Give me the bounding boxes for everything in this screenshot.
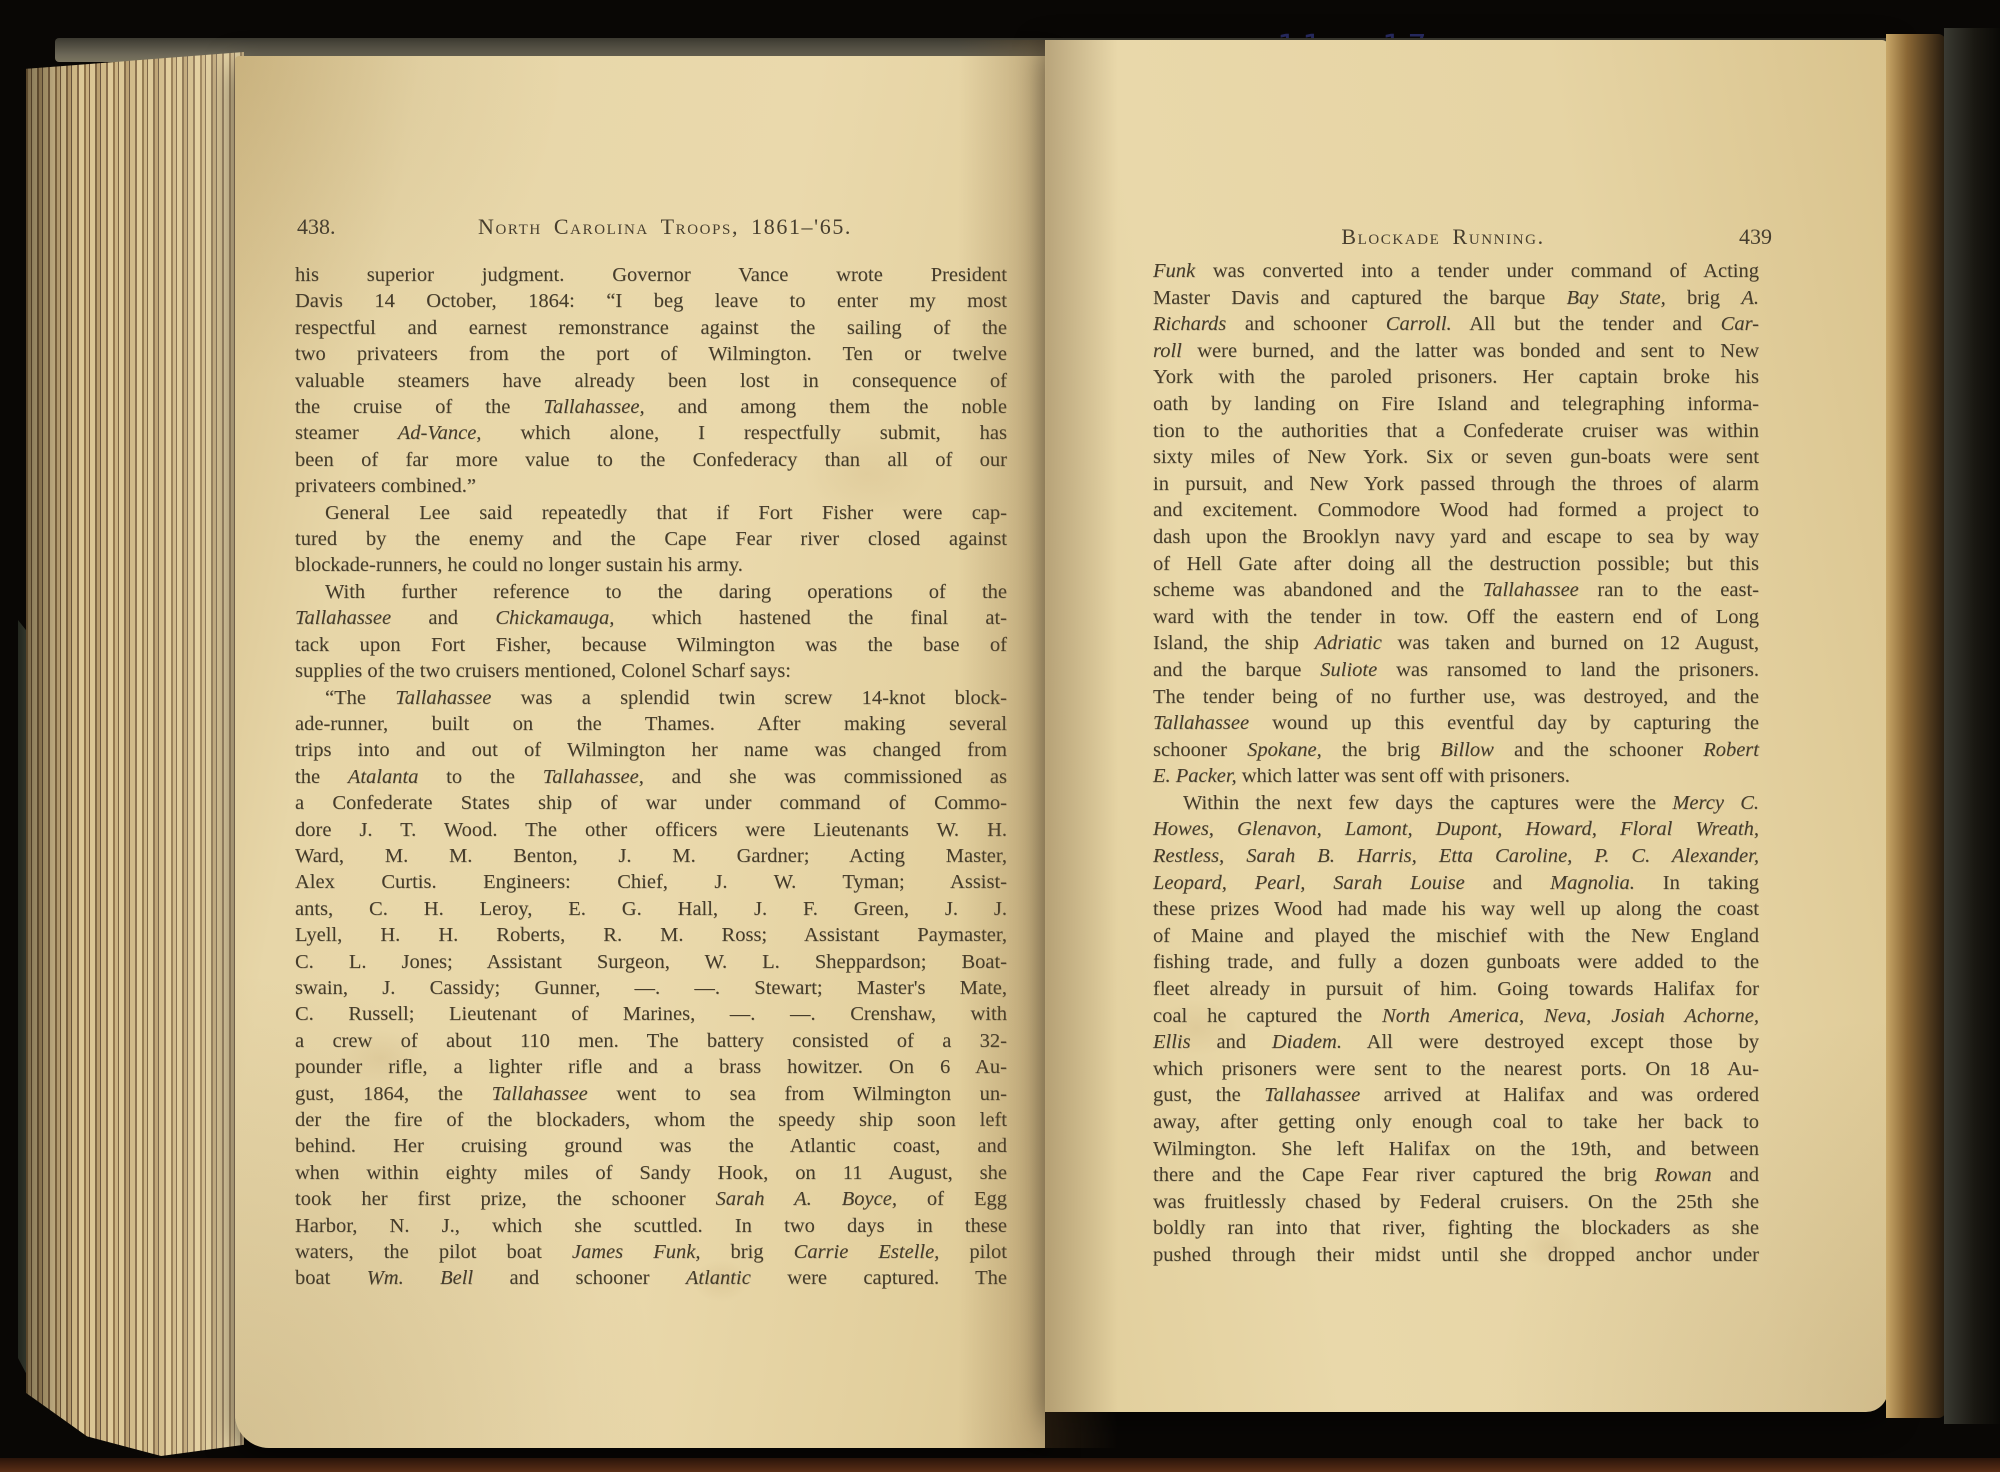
text-line: General Lee said repeatedly that if Fort… — [295, 500, 1007, 526]
text-line: and excitement. Commodore Wood had forme… — [1153, 497, 1759, 524]
text-line: The tender being of no further use, was … — [1153, 684, 1759, 711]
text-line: York with the paroled prisoners. Her cap… — [1153, 364, 1759, 391]
page-stack-fore-edge — [26, 52, 244, 1456]
text-line: been of far more value to the Confederac… — [295, 447, 1007, 473]
text-line: “The Tallahassee was a splendid twin scr… — [295, 685, 1007, 711]
text-line: tion to the authorities that a Confedera… — [1153, 418, 1759, 445]
right-page-number: 439 — [1739, 224, 1772, 250]
book-scan-photo: ← 11 x 17 → 438. North Carolina Troops, … — [0, 0, 2000, 1472]
text-line: of Hell Gate after doing all the destruc… — [1153, 551, 1759, 578]
text-line: dash upon the Brooklyn navy yard and esc… — [1153, 524, 1759, 551]
text-line: swain, J. Cassidy; Gunner, —. —. Stewart… — [295, 975, 1007, 1001]
text-line: boat Wm. Bell and schooner Atlantic were… — [295, 1265, 1007, 1291]
left-running-title: North Carolina Troops, 1861–'65. — [478, 214, 852, 240]
text-line: respectful and earnest remonstrance agai… — [295, 315, 1007, 341]
text-line: blockade-runners, he could no longer sus… — [295, 552, 1007, 578]
text-line: there and the Cape Fear river captured t… — [1153, 1162, 1759, 1189]
text-line: dore J. T. Wood. The other officers were… — [295, 817, 1007, 843]
text-line: supplies of the two cruisers mentioned, … — [295, 658, 1007, 684]
book-cover-right-shadow — [1944, 28, 2000, 1424]
text-line: the Atalanta to the Tallahassee, and she… — [295, 764, 1007, 790]
text-line: these prizes Wood had made his way well … — [1153, 896, 1759, 923]
text-line: fleet already in pursuit of him. Going t… — [1153, 976, 1759, 1003]
text-line: fishing trade, and fully a dozen gunboat… — [1153, 949, 1759, 976]
text-line: in pursuit, and New York passed through … — [1153, 471, 1759, 498]
text-line: Davis 14 October, 1864: “I beg leave to … — [295, 288, 1007, 314]
text-line: Howes, Glenavon, Lamont, Dupont, Howard,… — [1153, 816, 1759, 843]
text-line: privateers combined.” — [295, 473, 1007, 499]
text-line: Lyell, H. H. Roberts, R. M. Ross; Assist… — [295, 922, 1007, 948]
text-line: pounder rifle, a lighter rifle and a bra… — [295, 1054, 1007, 1080]
text-line: C. L. Jones; Assistant Surgeon, W. L. Sh… — [295, 949, 1007, 975]
text-line: two privateers from the port of Wilmingt… — [295, 341, 1007, 367]
text-line: behind. Her cruising ground was the Atla… — [295, 1133, 1007, 1159]
text-line: when within eighty miles of Sandy Hook, … — [295, 1160, 1007, 1186]
text-line: coal he captured the North America, Neva… — [1153, 1003, 1759, 1030]
text-line: boldly ran into that river, fighting the… — [1153, 1215, 1759, 1242]
book-cover-right-edge — [1886, 34, 1946, 1418]
text-line: Within the next few days the captures we… — [1153, 790, 1759, 817]
text-line: a crew of about 110 men. The battery con… — [295, 1028, 1007, 1054]
text-line: Wilmington. She left Halifax on the 19th… — [1153, 1136, 1759, 1163]
text-line: Restless, Sarah B. Harris, Etta Caroline… — [1153, 843, 1759, 870]
text-line: sixty miles of New York. Six or seven gu… — [1153, 444, 1759, 471]
left-page: 438. North Carolina Troops, 1861–'65. hi… — [235, 56, 1045, 1448]
text-line: and the barque Suliote was ransomed to l… — [1153, 657, 1759, 684]
text-line: schooner Spokane, the brig Billow and th… — [1153, 737, 1759, 764]
text-line: valuable steamers have already been lost… — [295, 368, 1007, 394]
text-line: Tallahassee and Chickamauga, which haste… — [295, 605, 1007, 631]
text-line: Leopard, Pearl, Sarah Louise and Magnoli… — [1153, 870, 1759, 897]
text-line: der the fire of the blockaders, whom the… — [295, 1107, 1007, 1133]
text-line: Harbor, N. J., which she scuttled. In tw… — [295, 1213, 1007, 1239]
text-line: his superior judgment. Governor Vance wr… — [295, 262, 1007, 288]
text-line: oath by landing on Fire Island and teleg… — [1153, 391, 1759, 418]
text-line: away, after getting only enough coal to … — [1153, 1109, 1759, 1136]
text-line: Ward, M. M. Benton, J. M. Gardner; Actin… — [295, 843, 1007, 869]
text-line: Island, the ship Adriatic was taken and … — [1153, 630, 1759, 657]
book-cover-bottom-edge — [0, 1458, 2000, 1472]
text-line: scheme was abandoned and the Tallahassee… — [1153, 577, 1759, 604]
text-line: ade-runner, built on the Thames. After m… — [295, 711, 1007, 737]
text-line: a Confederate States ship of war under c… — [295, 790, 1007, 816]
text-line: Alex Curtis. Engineers: Chief, J. W. Tym… — [295, 869, 1007, 895]
text-line: which prisoners were sent to the nearest… — [1153, 1056, 1759, 1083]
text-line: of Maine and played the mischief with th… — [1153, 923, 1759, 950]
right-page: Blockade Running. 439 Funk was converted… — [1045, 40, 1888, 1412]
text-line: With further reference to the daring ope… — [295, 579, 1007, 605]
text-line: steamer Ad-Vance, which alone, I respect… — [295, 420, 1007, 446]
text-line: waters, the pilot boat James Funk, brig … — [295, 1239, 1007, 1265]
text-line: roll were burned, and the latter was bon… — [1153, 338, 1759, 365]
text-line: C. Russell; Lieutenant of Marines, —. —.… — [295, 1001, 1007, 1027]
right-running-title: Blockade Running. — [1341, 224, 1544, 250]
text-line: trips into and out of Wilmington her nam… — [295, 737, 1007, 763]
text-line: Ellis and Diadem. All were destroyed exc… — [1153, 1029, 1759, 1056]
left-page-text: his superior judgment. Governor Vance wr… — [295, 262, 1007, 1292]
text-line: pushed through their midst until she dro… — [1153, 1242, 1759, 1269]
text-line: gust, the Tallahassee arrived at Halifax… — [1153, 1082, 1759, 1109]
text-line: ants, C. H. Leroy, E. G. Hall, J. F. Gre… — [295, 896, 1007, 922]
text-line: tack upon Fort Fisher, because Wilmingto… — [295, 632, 1007, 658]
text-line: ward with the tender in tow. Off the eas… — [1153, 604, 1759, 631]
right-page-text: Funk was converted into a tender under c… — [1153, 258, 1759, 1269]
text-line: Master Davis and captured the barque Bay… — [1153, 285, 1759, 312]
left-page-number: 438. — [297, 214, 336, 240]
text-line: Tallahassee wound up this eventful day b… — [1153, 710, 1759, 737]
text-line: gust, 1864, the Tallahassee went to sea … — [295, 1081, 1007, 1107]
text-line: E. Packer, which latter was sent off wit… — [1153, 763, 1759, 790]
text-line: Richards and schooner Carroll. All but t… — [1153, 311, 1759, 338]
text-line: Funk was converted into a tender under c… — [1153, 258, 1759, 285]
text-line: tured by the enemy and the Cape Fear riv… — [295, 526, 1007, 552]
text-line: was fruitlessly chased by Federal cruise… — [1153, 1189, 1759, 1216]
text-line: took her first prize, the schooner Sarah… — [295, 1186, 1007, 1212]
text-line: the cruise of the Tallahassee, and among… — [295, 394, 1007, 420]
